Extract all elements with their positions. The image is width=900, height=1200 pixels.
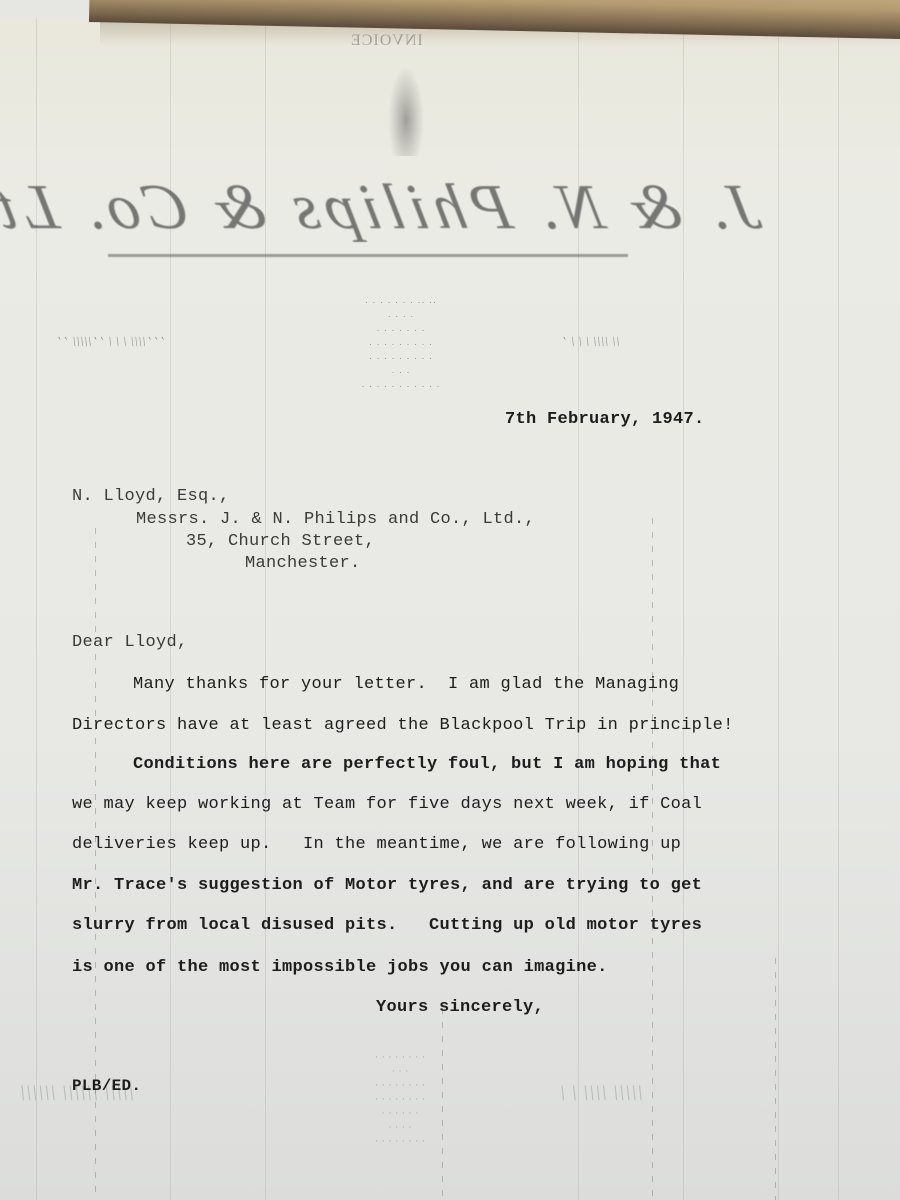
letterhead-side-text: ' ' ' \\\\ \ \ \ ' ' \\\\\ ' ' (58, 335, 168, 351)
body-line: Directors have at least agreed the Black… (72, 716, 734, 735)
closing: Yours sincerely, (376, 998, 544, 1017)
body-line: slurry from local disused pits. Cutting … (72, 916, 702, 935)
body-line: Many thanks for your letter. I am glad t… (133, 675, 679, 694)
ruled-line (652, 518, 653, 1200)
show-through-signature: \\\\\ \\\\ \ \ (557, 1080, 648, 1106)
crest-emblem-icon (388, 66, 424, 156)
body-line: Mr. Trace's suggestion of Motor tyres, a… (72, 876, 702, 895)
letterhead-underline (108, 254, 628, 257)
ruled-line (838, 18, 839, 1200)
letterhead-address-block: ·· ·· · · · · · · · · · · · · · · · · · … (320, 295, 480, 393)
body-line: deliveries keep up. In the meantime, we … (72, 835, 681, 854)
body-line: Conditions here are perfectly foul, but … (133, 755, 721, 774)
recipient-street: 35, Church Street, (186, 532, 375, 551)
recipient-company: Messrs. J. & N. Philips and Co., Ltd., (136, 510, 535, 529)
ruled-line (778, 18, 779, 1200)
reference-initials: PLB/ED. (72, 1077, 141, 1095)
body-line: we may keep working at Team for five day… (72, 795, 702, 814)
letterhead-side-text: \\ \\\\ \ \ \ ' (563, 335, 623, 351)
recipient-city: Manchester. (245, 554, 361, 573)
body-line: is one of the most impossible jobs you c… (72, 958, 608, 977)
letterhead-company-script: J. & N. Philips & Co. Ltd. (71, 170, 768, 250)
ruled-line (775, 958, 776, 1200)
letter-date: 7th February, 1947. (505, 410, 705, 429)
salutation: Dear Lloyd, (72, 633, 188, 652)
recipient-name: N. Lloyd, Esq., (72, 487, 230, 506)
letterhead-title: INVOICE (350, 32, 423, 50)
show-through-bottom-block: · · · · · · · ·· · ·· · · · · · · ·· · ·… (330, 1050, 470, 1148)
